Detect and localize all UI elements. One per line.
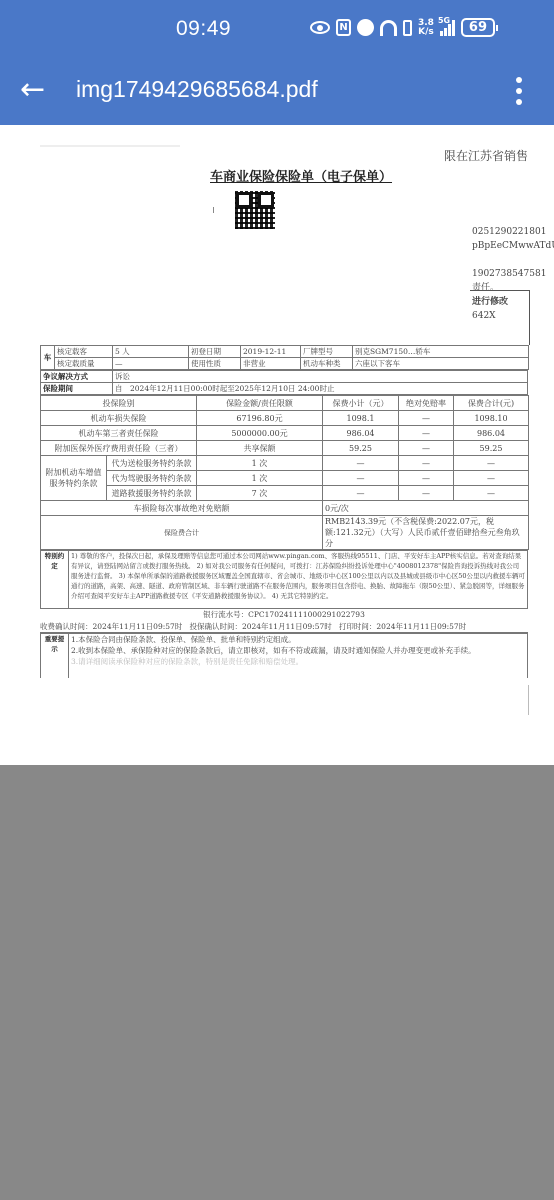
important-item: 1.本保险合同由保险条款、投保单、保险单、批单和特别约定组成。: [71, 634, 525, 645]
alarm-icon: [357, 19, 374, 36]
addon-group-label: 附加机动车增值服务特约条款: [41, 456, 107, 501]
cell: 1098.10: [454, 411, 529, 426]
cell: —: [399, 486, 454, 501]
cell: 7 次: [197, 486, 323, 501]
cell: —: [399, 471, 454, 486]
page-edge-mark: [528, 685, 529, 715]
qr-code: [235, 191, 275, 229]
print-label: 打印时间：: [339, 622, 377, 631]
cell: 附加医保外医疗费用责任险（三者）: [41, 441, 197, 456]
side-column-line: 0251290221801: [472, 225, 554, 239]
important-label: 重要提示: [41, 634, 69, 678]
cell: 1 次: [197, 471, 323, 486]
cell: 共享保额: [197, 441, 323, 456]
sales-region-note: 限在江苏省销售: [444, 147, 528, 164]
network-type: 5G: [438, 16, 450, 25]
cell: 核定载质量: [55, 358, 113, 370]
more-options-icon[interactable]: [510, 74, 528, 108]
cell: —: [323, 486, 399, 501]
cell: —: [399, 456, 454, 471]
period-value: 自 2024年12月11日00:00时起至2025年12月10日 24:00时止: [113, 383, 528, 395]
coverage-table: 投保险别 保险金额/责任限额 保费小计（元） 绝对免赔率 保费合计(元) 机动车…: [40, 395, 529, 550]
addon-row: 道路救援服务特约条款 7 次 — — —: [41, 486, 529, 501]
status-icons: N 3.8K/s 5G 69: [310, 18, 495, 37]
mark: [213, 207, 214, 213]
cell: 59.25: [323, 441, 399, 456]
document-title: 车商业保险保险单（电子保单）: [210, 166, 392, 185]
cell: 机动车损失保险: [41, 411, 197, 426]
period-label: 保险期间: [41, 383, 113, 395]
policy-body: 车 核定载客 5 人 初登日期 2019-12-11 厂牌型号 别克SGM715…: [40, 345, 528, 678]
cell: —: [323, 471, 399, 486]
battery-icon: 69: [461, 18, 495, 37]
cell: 986.04: [454, 426, 529, 441]
cell: —: [454, 471, 529, 486]
cell: —: [454, 486, 529, 501]
cell: —: [113, 358, 189, 370]
signal-icon: 5G: [440, 19, 455, 36]
clock: 09:49: [176, 17, 231, 41]
faded-header-line: [40, 145, 180, 147]
cell: 1098.1: [323, 411, 399, 426]
addon-row: 代为驾驶服务特约条款 1 次 — — —: [41, 471, 529, 486]
status-bar: 09:49 N 3.8K/s 5G 69: [0, 0, 554, 60]
header-cell: 投保险别: [41, 396, 197, 411]
vehicle-row: 核定载质量 — 使用性质 非营业 机动车种类 六座以下客车: [41, 358, 529, 370]
side-column-line: pBpEeCMwwATdU: [472, 239, 554, 253]
deductible-value: 0元/次: [323, 501, 529, 516]
addon-row: 附加机动车增值服务特约条款 代为送检服务特约条款 1 次 — — —: [41, 456, 529, 471]
cell: 使用性质: [189, 358, 241, 370]
cell: —: [454, 456, 529, 471]
total-premium-row: 保险费合计 RMB2143.39元（不含税保费:2022.07元，税额:121.…: [41, 516, 529, 550]
net-speed-unit: K/s: [418, 27, 434, 37]
cell: 59.25: [454, 441, 529, 456]
deductible-label: 车损险每次事故绝对免赔额: [41, 501, 323, 516]
coverage-row: 附加医保外医疗费用责任险（三者）共享保额59.25—59.25: [41, 441, 529, 456]
dispute-label: 争议解决方式: [41, 371, 113, 383]
coverage-row: 机动车第三者责任保险5000000.00元986.04—986.04: [41, 426, 529, 441]
cell: 六座以下客车: [353, 358, 529, 370]
cell: 初登日期: [189, 346, 241, 358]
cell: 5000000.00元: [197, 426, 323, 441]
vehicle-row: 车 核定载客 5 人 初登日期 2019-12-11 厂牌型号 别克SGM715…: [41, 346, 529, 358]
confirm-times-line: 收费确认时间：2024年11月11日09:57时 投保确认时间：2024年11月…: [40, 621, 528, 633]
header-cell: 绝对免赔率: [399, 396, 454, 411]
cell: 代为送检服务特约条款: [107, 456, 197, 471]
special-provisions-row: 特别约定 1) 尊敬的客户，投保次日起，承保及理赔等信息您可通过本公司网站www…: [41, 551, 528, 609]
toolbar: ← img1749429685684.pdf: [0, 66, 554, 116]
viewer-background: [0, 765, 554, 1200]
coverage-header-row: 投保险别 保险金额/责任限额 保费小计（元） 绝对免赔率 保费合计(元): [41, 396, 529, 411]
bank-serial-label: 银行流水号：: [203, 610, 248, 619]
cell: —: [399, 441, 454, 456]
nfc-icon: N: [336, 19, 351, 36]
vehicle-table: 车 核定载客 5 人 初登日期 2019-12-11 厂牌型号 别克SGM715…: [40, 345, 529, 370]
net-speed: 3.8K/s: [418, 19, 434, 37]
dispute-value: 诉讼: [113, 371, 528, 383]
battery-saver-icon: [403, 20, 412, 36]
cell: 67196.80元: [197, 411, 323, 426]
special-text: 1) 尊敬的客户，投保次日起，承保及理赔等信息您可通过本公司网站www.ping…: [69, 551, 528, 609]
side-column-line: 1902738547581: [472, 267, 554, 281]
cell: 非营业: [241, 358, 301, 370]
total-label: 保险费合计: [41, 516, 323, 550]
app-bar: 09:49 N 3.8K/s 5G 69 ← img1749429685684.…: [0, 0, 554, 125]
apply-confirm-time: 2024年11月11日09:57时: [242, 622, 332, 631]
dispute-period-table: 争议解决方式 诉讼 保险期间 自 2024年12月11日00:00时起至2025…: [40, 370, 528, 395]
fee-confirm-time: 2024年11月11日09:57时: [93, 622, 183, 631]
eye-icon: [310, 21, 330, 34]
important-item: 2.收到本保险单、承保险种对应的保险条款后，请立即核对，如有不符或疏漏，请及时通…: [71, 645, 525, 656]
cell: 1 次: [197, 456, 323, 471]
cell: 核定载客: [55, 346, 113, 358]
header-cell: 保费合计(元): [454, 396, 529, 411]
cell: 2019-12-11: [241, 346, 301, 358]
cell: —: [399, 411, 454, 426]
pdf-page[interactable]: 限在江苏省销售 车商业保险保险单（电子保单） 0251290221801pBpE…: [0, 125, 554, 765]
cell: 986.04: [323, 426, 399, 441]
header-cell: 保费小计（元）: [323, 396, 399, 411]
print-time: 2024年11月11日09:57时: [376, 622, 466, 631]
cell: 5 人: [113, 346, 189, 358]
side-column-line: [472, 253, 554, 267]
cell: 代为驾驶服务特约条款: [107, 471, 197, 486]
dispute-row: 争议解决方式 诉讼: [41, 371, 528, 383]
cell: 机动车第三者责任保险: [41, 426, 197, 441]
important-items: 1.本保险合同由保险条款、投保单、保险单、批单和特别约定组成。 2.收到本保险单…: [69, 634, 528, 678]
cell: 别克SGM7150…轿车: [353, 346, 529, 358]
total-value: RMB2143.39元（不含税保费:2022.07元，税额:121.32元）（大…: [323, 516, 529, 550]
deductible-row: 车损险每次事故绝对免赔额 0元/次: [41, 501, 529, 516]
apply-confirm-label: 投保确认时间：: [189, 622, 242, 631]
cell: —: [323, 456, 399, 471]
header-cell: 保险金额/责任限额: [197, 396, 323, 411]
important-notes-row: 重要提示 1.本保险合同由保险条款、投保单、保险单、批单和特别约定组成。 2.收…: [41, 634, 528, 678]
special-provisions-table: 特别约定 1) 尊敬的客户，投保次日起，承保及理赔等信息您可通过本公司网站www…: [40, 550, 528, 609]
important-item: 3.请详细阅读承保险种对应的保险条款，特别是责任免除和赔偿处理。: [71, 656, 525, 667]
file-title: img1749429685684.pdf: [76, 76, 318, 103]
bank-serial: CPC170241111000291022793: [248, 610, 365, 619]
fee-confirm-label: 收费确认时间：: [40, 622, 93, 631]
bank-serial-line: 银行流水号：CPC170241111000291022793: [40, 609, 528, 621]
cell: —: [399, 426, 454, 441]
coverage-row: 机动车损失保险67196.80元1098.1—1098.10: [41, 411, 529, 426]
side-box-border: [470, 290, 530, 345]
vehicle-side-label: 车: [41, 346, 55, 370]
period-row: 保险期间 自 2024年12月11日00:00时起至2025年12月10日 24…: [41, 383, 528, 395]
back-arrow-icon[interactable]: ←: [20, 76, 50, 106]
cell: 机动车种类: [301, 358, 353, 370]
cell: 道路救援服务特约条款: [107, 486, 197, 501]
important-notes-table: 重要提示 1.本保险合同由保险条款、投保单、保险单、批单和特别约定组成。 2.收…: [40, 633, 528, 678]
special-label: 特别约定: [41, 551, 69, 609]
headphones-icon: [380, 20, 397, 36]
cell: 厂牌型号: [301, 346, 353, 358]
